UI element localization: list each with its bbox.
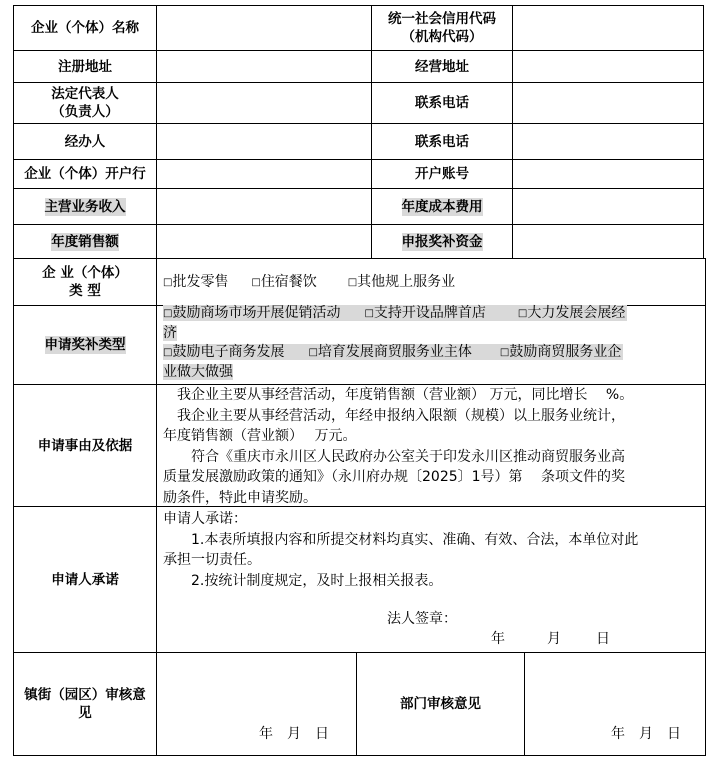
reason-paragraph-3-end: 励条件，特此申请奖励。 (163, 488, 703, 509)
commitment-item-1: 1.本表所填报内容和所提交材料均真实、准确、有效、合法，本单位对此 (163, 530, 703, 551)
business-address-field[interactable] (513, 51, 703, 82)
commitment-text: 申请人承诺： 1.本表所填报内容和所提交材料均真实、准确、有效、合法，本单位对此… (163, 509, 703, 591)
label-legal-representative: 法定代表人 （负责人） (14, 83, 156, 123)
annual-sales-field[interactable] (157, 225, 371, 259)
town-review-date: 年 月 日 (259, 724, 329, 745)
label-business-address: 经营地址 (372, 51, 512, 82)
reason-paragraph-1: 我企业主要从事经营活动，年度销售额（营业额） 万元，同比增长 %。 (163, 385, 703, 406)
handler-field[interactable] (157, 124, 371, 159)
option-flagship-store[interactable]: □支持开设品牌首店 (364, 305, 485, 321)
dept-review-date: 年 月 日 (611, 724, 681, 745)
checkbox-icon[interactable]: □ (500, 347, 509, 358)
option-exhibition-economy[interactable]: □大力发展会展经 (518, 305, 625, 321)
option-other-services[interactable]: □其他规上服务业 (348, 274, 455, 290)
award-amount-field[interactable] (513, 225, 703, 259)
label-registered-address: 注册地址 (14, 51, 156, 82)
commit-date-month: 月 (547, 629, 561, 650)
label-credit-code: 统一社会信用代码 （机构代码） (372, 6, 512, 50)
option-promotion[interactable]: □鼓励商场市场开展促销活动 (163, 305, 340, 321)
label-phone-2: 联系电话 (372, 124, 512, 159)
bank-field[interactable] (157, 160, 371, 188)
label-enterprise-name: 企业（个体）名称 (14, 6, 156, 50)
commitment-item-1-cont: 承担一切责任。 (163, 550, 703, 571)
label-handler: 经办人 (14, 124, 156, 159)
label-annual-cost: 年度成本费用 (372, 189, 512, 224)
commit-date-day: 日 (596, 629, 610, 650)
label-main-revenue: 主营业务收入 (14, 189, 156, 224)
phone-1-field[interactable] (513, 83, 703, 123)
award-line-wrap-1: 济 (163, 325, 177, 341)
commitment-item-2: 2.按统计制度规定，及时上报相关报表。 (163, 571, 703, 592)
label-bank: 企业（个体）开户行 (14, 160, 156, 188)
option-wholesale-retail[interactable]: □批发零售 (163, 274, 228, 290)
checkbox-icon[interactable]: □ (518, 308, 527, 319)
label-commitment: 申请人承诺 (14, 507, 156, 652)
label-dept-review: 部门审核意见 (357, 653, 524, 755)
legal-representative-field[interactable] (157, 83, 371, 123)
label-enterprise-type: 企 业（个体） 类 型 (14, 259, 156, 305)
commit-date-year: 年 (491, 629, 505, 650)
enterprise-type-options: □批发零售 □住宿餐饮 □其他规上服务业 (163, 272, 703, 294)
signature-area[interactable] (157, 600, 705, 630)
commitment-heading: 申请人承诺： (163, 509, 703, 530)
option-grow-enterprises[interactable]: □鼓励商贸服务业企 (500, 344, 621, 360)
checkbox-icon[interactable]: □ (308, 347, 317, 358)
annual-cost-field[interactable] (513, 189, 703, 224)
option-ecommerce[interactable]: □鼓励电子商务发展 (163, 344, 284, 360)
checkbox-icon[interactable]: □ (251, 277, 260, 288)
reason-paragraph-3-cont: 质量发展激励政策的通知》（永川府办规〔2025〕1号）第 条项文件的奖 (163, 467, 703, 488)
label-award-amount: 申报奖补资金 (372, 225, 512, 259)
reason-text[interactable]: 我企业主要从事经营活动，年度销售额（营业额） 万元，同比增长 %。 我企业主要从… (163, 385, 703, 508)
option-cultivate-entities[interactable]: □培育发展商贸服务业主体 (308, 344, 471, 360)
label-town-review: 镇街（园区）审核意见 (14, 653, 156, 755)
account-number-field[interactable] (513, 160, 703, 188)
label-annual-sales: 年度销售额 (14, 225, 156, 259)
registered-address-field[interactable] (157, 51, 371, 82)
option-accommodation-catering[interactable]: □住宿餐饮 (251, 274, 316, 290)
reason-paragraph-3: 符合《重庆市永川区人民政府办公室关于印发永川区推动商贸服务业高 (163, 447, 703, 468)
award-type-options: □鼓励商场市场开展促销活动□支持开设品牌首店□大力发展会展经 济 □鼓励电子商务… (163, 304, 703, 382)
label-award-type: 申请奖补类型 (14, 306, 156, 384)
credit-code-field[interactable] (513, 6, 703, 50)
label-account-number: 开户账号 (372, 160, 512, 188)
label-phone-1: 联系电话 (372, 83, 512, 123)
checkbox-icon[interactable]: □ (364, 308, 373, 319)
checkbox-icon[interactable]: □ (348, 277, 357, 288)
phone-2-field[interactable] (513, 124, 703, 159)
main-revenue-field[interactable] (157, 189, 371, 224)
enterprise-name-field[interactable] (157, 6, 371, 50)
reason-paragraph-2-cont: 年度销售额（营业额） 万元。 (163, 426, 703, 447)
label-reason: 申请事由及依据 (14, 385, 156, 506)
reason-paragraph-2: 我企业主要从事经营活动，年经申报纳入限额（规模）以上服务业统计， (163, 406, 703, 427)
award-line-wrap-2: 业做大做强 (163, 364, 233, 380)
